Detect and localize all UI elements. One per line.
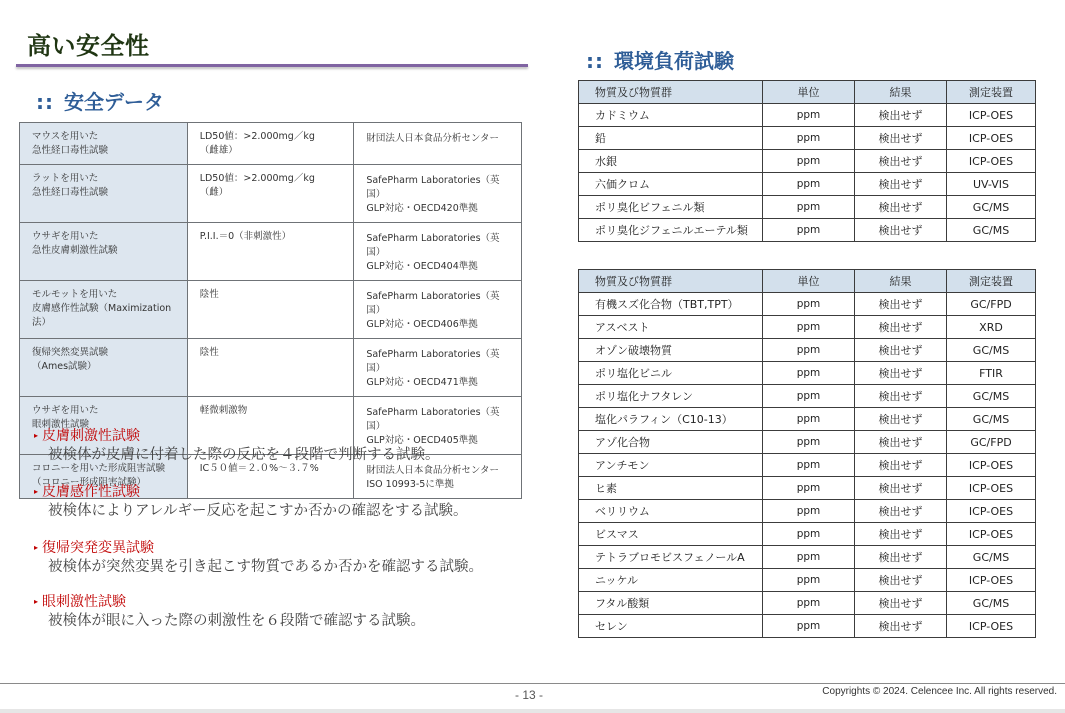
substance-cell: アンチモン: [579, 454, 763, 477]
table-header-row: 物質及び物質群 単位 結果 測定装置: [579, 270, 1036, 293]
substance-cell: ビスマス: [579, 523, 763, 546]
result-cell: 検出せず: [855, 615, 947, 638]
column-header-unit: 単位: [763, 81, 855, 104]
column-header-result: 結果: [855, 270, 947, 293]
table-row: 六価クロムppm検出せずUV-VIS: [579, 173, 1036, 196]
result-cell: 検出せず: [855, 500, 947, 523]
test-name-line: 復帰突然変異試験: [32, 346, 177, 360]
column-header-unit: 単位: [763, 270, 855, 293]
test-name-cell: ラットを用いた急性経口毒性試験: [20, 165, 188, 223]
table-row: アンチモンppm検出せずICP-OES: [579, 454, 1036, 477]
footer-divider: [0, 683, 1065, 684]
substance-cell: フタル酸類: [579, 592, 763, 615]
testing-lab-line: GLP対応・OECD420準拠: [366, 202, 511, 216]
test-name-line: ウサギを用いた: [32, 230, 177, 244]
test-result-line: 陰性: [200, 288, 344, 302]
instrument-cell: FTIR: [947, 362, 1036, 385]
test-result-cell: LD50値：>2.000mg／kg（雌）: [187, 165, 354, 223]
unit-cell: ppm: [763, 316, 855, 339]
unit-cell: ppm: [763, 500, 855, 523]
substance-cell: 塩化パラフィン（C10-13）: [579, 408, 763, 431]
note-title: 復帰突発変異試験: [42, 539, 154, 557]
test-result-line: （雌）: [200, 186, 344, 200]
substance-cell: オゾン破壊物質: [579, 339, 763, 362]
env-test-table-2: 物質及び物質群 単位 結果 測定装置 有機スズ化合物（TBT,TPT）ppm検出…: [578, 269, 1036, 638]
table-row: 鉛ppm検出せずICP-OES: [579, 127, 1036, 150]
result-cell: 検出せず: [855, 523, 947, 546]
note-description: 被検体によりアレルギー反応を起こすか否かの確認をする試験。: [34, 501, 534, 521]
testing-lab-cell: SafePharm Laboratories（英国）GLP対応・OECD420準…: [354, 165, 522, 223]
testing-lab-line: SafePharm Laboratories（英国）: [366, 290, 511, 318]
test-result-line: LD50値：>2.000mg／kg: [200, 130, 344, 144]
result-cell: 検出せず: [855, 150, 947, 173]
triangle-bullet-icon: ▸: [34, 483, 38, 501]
test-name-line: 皮膚感作性試験（Maximization法）: [32, 302, 177, 330]
instrument-cell: ICP-OES: [947, 500, 1036, 523]
instrument-cell: GC/MS: [947, 592, 1036, 615]
note-description: 被検体が皮膚に付着した際の反応を４段階で判断する試験。: [34, 445, 534, 465]
testing-lab-line: SafePharm Laboratories（英国）: [366, 348, 511, 376]
instrument-cell: ICP-OES: [947, 454, 1036, 477]
instrument-cell: GC/MS: [947, 385, 1036, 408]
heading-marks: ::: [36, 90, 54, 114]
unit-cell: ppm: [763, 615, 855, 638]
unit-cell: ppm: [763, 104, 855, 127]
table-row: アゾ化合物ppm検出せずGC/FPD: [579, 431, 1036, 454]
test-name-cell: モルモットを用いた皮膚感作性試験（Maximization法）: [20, 281, 188, 339]
unit-cell: ppm: [763, 339, 855, 362]
testing-lab-line: GLP対応・OECD406準拠: [366, 318, 511, 332]
table-row: オゾン破壊物質ppm検出せずGC/MS: [579, 339, 1036, 362]
test-result-line: （雌雄）: [200, 144, 344, 158]
table-row: テトラブロモビスフェノールAppm検出せずGC/MS: [579, 546, 1036, 569]
substance-cell: 六価クロム: [579, 173, 763, 196]
test-result-line: 陰性: [200, 346, 344, 360]
unit-cell: ppm: [763, 592, 855, 615]
result-cell: 検出せず: [855, 569, 947, 592]
instrument-cell: ICP-OES: [947, 569, 1036, 592]
note-description: 被検体が突然変異を引き起こす物質であるか否かを確認する試験。: [34, 557, 534, 577]
table-row: 有機スズ化合物（TBT,TPT）ppm検出せずGC/FPD: [579, 293, 1036, 316]
column-header-substance: 物質及び物質群: [579, 81, 763, 104]
substance-cell: ポリ塩化ナフタレン: [579, 385, 763, 408]
column-header-instrument: 測定装置: [947, 270, 1036, 293]
unit-cell: ppm: [763, 569, 855, 592]
result-cell: 検出せず: [855, 339, 947, 362]
result-cell: 検出せず: [855, 196, 947, 219]
table-row: アスベストppm検出せずXRD: [579, 316, 1036, 339]
table-row: カドミウムppm検出せずICP-OES: [579, 104, 1036, 127]
substance-cell: セレン: [579, 615, 763, 638]
test-result-line: P.I.I.＝0（非刺激性）: [200, 230, 344, 244]
env-test-table-1: 物質及び物質群 単位 結果 測定装置 カドミウムppm検出せずICP-OES鉛p…: [578, 80, 1036, 242]
test-name-line: モルモットを用いた: [32, 288, 177, 302]
table-row: ニッケルppm検出せずICP-OES: [579, 569, 1036, 592]
table-row: ウサギを用いた急性皮膚刺激性試験P.I.I.＝0（非刺激性）SafePharm …: [20, 223, 522, 281]
testing-lab-line: GLP対応・OECD471準拠: [366, 376, 511, 390]
instrument-cell: ICP-OES: [947, 477, 1036, 500]
env-test-heading: ::環境負荷試験: [586, 45, 734, 74]
instrument-cell: ICP-OES: [947, 523, 1036, 546]
unit-cell: ppm: [763, 408, 855, 431]
result-cell: 検出せず: [855, 173, 947, 196]
unit-cell: ppm: [763, 546, 855, 569]
unit-cell: ppm: [763, 523, 855, 546]
result-cell: 検出せず: [855, 546, 947, 569]
page-title: 高い安全性: [27, 26, 150, 61]
result-cell: 検出せず: [855, 408, 947, 431]
test-result-cell: LD50値：>2.000mg／kg（雌雄）: [187, 123, 354, 165]
substance-cell: ポリ臭化ジフェニルエーテル類: [579, 219, 763, 242]
title-divider: [16, 64, 528, 67]
table-row: ポリ塩化ナフタレンppm検出せずGC/MS: [579, 385, 1036, 408]
test-name-line: （Ames試験）: [32, 360, 177, 374]
note-skin-irritation: ▸皮膚刺激性試験 被検体が皮膚に付着した際の反応を４段階で判断する試験。: [34, 427, 534, 465]
instrument-cell: ICP-OES: [947, 150, 1036, 173]
instrument-cell: XRD: [947, 316, 1036, 339]
heading-marks: ::: [586, 49, 604, 73]
table-row: 水銀ppm検出せずICP-OES: [579, 150, 1036, 173]
copyright-text: Copyrights © 2024. Celencee Inc. All rig…: [822, 686, 1057, 697]
test-notes: ▸皮膚刺激性試験 被検体が皮膚に付着した際の反応を４段階で判断する試験。 ▸皮膚…: [34, 427, 534, 641]
result-cell: 検出せず: [855, 293, 947, 316]
instrument-cell: GC/MS: [947, 339, 1036, 362]
note-title: 皮膚感作性試験: [42, 483, 140, 501]
testing-lab-cell: SafePharm Laboratories（英国）GLP対応・OECD471準…: [354, 339, 522, 397]
test-name-line: マウスを用いた: [32, 130, 177, 144]
result-cell: 検出せず: [855, 477, 947, 500]
note-reverse-mutation: ▸復帰突発変異試験 被検体が突然変異を引き起こす物質であるか否かを確認する試験。: [34, 539, 534, 577]
table-header-row: 物質及び物質群 単位 結果 測定装置: [579, 81, 1036, 104]
instrument-cell: GC/FPD: [947, 431, 1036, 454]
instrument-cell: GC/MS: [947, 196, 1036, 219]
testing-lab-cell: SafePharm Laboratories（英国）GLP対応・OECD406準…: [354, 281, 522, 339]
note-eye-irritation: ▸眼刺激性試験 被検体が眼に入った際の刺激性を６段階で確認する試験。: [34, 593, 534, 631]
substance-cell: ポリ臭化ビフェニル類: [579, 196, 763, 219]
instrument-cell: UV-VIS: [947, 173, 1036, 196]
unit-cell: ppm: [763, 293, 855, 316]
safety-data-heading: ::安全データ: [36, 86, 164, 115]
test-name-line: 急性経口毒性試験: [32, 186, 177, 200]
table-row: ベリリウムppm検出せずICP-OES: [579, 500, 1036, 523]
table-row: ビスマスppm検出せずICP-OES: [579, 523, 1036, 546]
column-header-substance: 物質及び物質群: [579, 270, 763, 293]
substance-cell: ベリリウム: [579, 500, 763, 523]
note-title: 眼刺激性試験: [42, 593, 126, 611]
result-cell: 検出せず: [855, 127, 947, 150]
test-name-cell: ウサギを用いた急性皮膚刺激性試験: [20, 223, 188, 281]
instrument-cell: ICP-OES: [947, 127, 1036, 150]
unit-cell: ppm: [763, 127, 855, 150]
instrument-cell: GC/MS: [947, 408, 1036, 431]
column-header-instrument: 測定装置: [947, 81, 1036, 104]
unit-cell: ppm: [763, 173, 855, 196]
testing-lab-cell: 財団法人日本食品分析センター: [354, 123, 522, 165]
unit-cell: ppm: [763, 150, 855, 173]
table-row: ヒ素ppm検出せずICP-OES: [579, 477, 1036, 500]
substance-cell: ポリ塩化ビニル: [579, 362, 763, 385]
result-cell: 検出せず: [855, 219, 947, 242]
unit-cell: ppm: [763, 454, 855, 477]
test-name-line: ラットを用いた: [32, 172, 177, 186]
test-name-line: 急性皮膚刺激性試験: [32, 244, 177, 258]
substance-cell: カドミウム: [579, 104, 763, 127]
note-description: 被検体が眼に入った際の刺激性を６段階で確認する試験。: [34, 611, 534, 631]
table-row: マウスを用いた急性経口毒性試験LD50値：>2.000mg／kg（雌雄）財団法人…: [20, 123, 522, 165]
table-row: セレンppm検出せずICP-OES: [579, 615, 1036, 638]
page-number: - 13 -: [515, 688, 543, 702]
triangle-bullet-icon: ▸: [34, 539, 38, 557]
heading-text: 環境負荷試験: [614, 49, 734, 73]
result-cell: 検出せず: [855, 362, 947, 385]
test-name-cell: マウスを用いた急性経口毒性試験: [20, 123, 188, 165]
result-cell: 検出せず: [855, 592, 947, 615]
table-row: モルモットを用いた皮膚感作性試験（Maximization法）陰性SafePha…: [20, 281, 522, 339]
instrument-cell: ICP-OES: [947, 104, 1036, 127]
triangle-bullet-icon: ▸: [34, 427, 38, 445]
test-result-cell: P.I.I.＝0（非刺激性）: [187, 223, 354, 281]
test-name-line: 急性経口毒性試験: [32, 144, 177, 158]
test-result-cell: 陰性: [187, 339, 354, 397]
result-cell: 検出せず: [855, 454, 947, 477]
column-header-result: 結果: [855, 81, 947, 104]
test-name-cell: 復帰突然変異試験（Ames試験）: [20, 339, 188, 397]
table-row: 復帰突然変異試験（Ames試験）陰性SafePharm Laboratories…: [20, 339, 522, 397]
unit-cell: ppm: [763, 385, 855, 408]
table-row: ラットを用いた急性経口毒性試験LD50値：>2.000mg／kg（雌）SafeP…: [20, 165, 522, 223]
substance-cell: 有機スズ化合物（TBT,TPT）: [579, 293, 763, 316]
substance-cell: 鉛: [579, 127, 763, 150]
result-cell: 検出せず: [855, 104, 947, 127]
result-cell: 検出せず: [855, 316, 947, 339]
instrument-cell: GC/MS: [947, 546, 1036, 569]
result-cell: 検出せず: [855, 431, 947, 454]
table-row: フタル酸類ppm検出せずGC/MS: [579, 592, 1036, 615]
table-row: ポリ臭化ジフェニルエーテル類ppm検出せずGC/MS: [579, 219, 1036, 242]
instrument-cell: ICP-OES: [947, 615, 1036, 638]
test-result-line: LD50値：>2.000mg／kg: [200, 172, 344, 186]
testing-lab-line: SafePharm Laboratories（英国）: [366, 232, 511, 260]
heading-text: 安全データ: [64, 90, 164, 114]
testing-lab-cell: SafePharm Laboratories（英国）GLP対応・OECD404準…: [354, 223, 522, 281]
footer-band: [0, 709, 1065, 713]
note-skin-sensitization: ▸皮膚感作性試験 被検体によりアレルギー反応を起こすか否かの確認をする試験。: [34, 483, 534, 521]
instrument-cell: GC/MS: [947, 219, 1036, 242]
unit-cell: ppm: [763, 219, 855, 242]
unit-cell: ppm: [763, 362, 855, 385]
unit-cell: ppm: [763, 431, 855, 454]
result-cell: 検出せず: [855, 385, 947, 408]
substance-cell: テトラブロモビスフェノールA: [579, 546, 763, 569]
substance-cell: ヒ素: [579, 477, 763, 500]
testing-lab-line: GLP対応・OECD404準拠: [366, 260, 511, 274]
substance-cell: 水銀: [579, 150, 763, 173]
test-name-line: ウサギを用いた: [32, 404, 177, 418]
test-result-line: 軽微刺激物: [200, 404, 344, 418]
substance-cell: アスベスト: [579, 316, 763, 339]
testing-lab-line: SafePharm Laboratories（英国）: [366, 174, 511, 202]
table-row: ポリ臭化ビフェニル類ppm検出せずGC/MS: [579, 196, 1036, 219]
triangle-bullet-icon: ▸: [34, 593, 38, 611]
table-row: ポリ塩化ビニルppm検出せずFTIR: [579, 362, 1036, 385]
substance-cell: アゾ化合物: [579, 431, 763, 454]
instrument-cell: GC/FPD: [947, 293, 1036, 316]
table-row: 塩化パラフィン（C10-13）ppm検出せずGC/MS: [579, 408, 1036, 431]
unit-cell: ppm: [763, 196, 855, 219]
test-result-cell: 陰性: [187, 281, 354, 339]
unit-cell: ppm: [763, 477, 855, 500]
note-title: 皮膚刺激性試験: [42, 427, 140, 445]
substance-cell: ニッケル: [579, 569, 763, 592]
testing-lab-line: 財団法人日本食品分析センター: [366, 132, 511, 146]
